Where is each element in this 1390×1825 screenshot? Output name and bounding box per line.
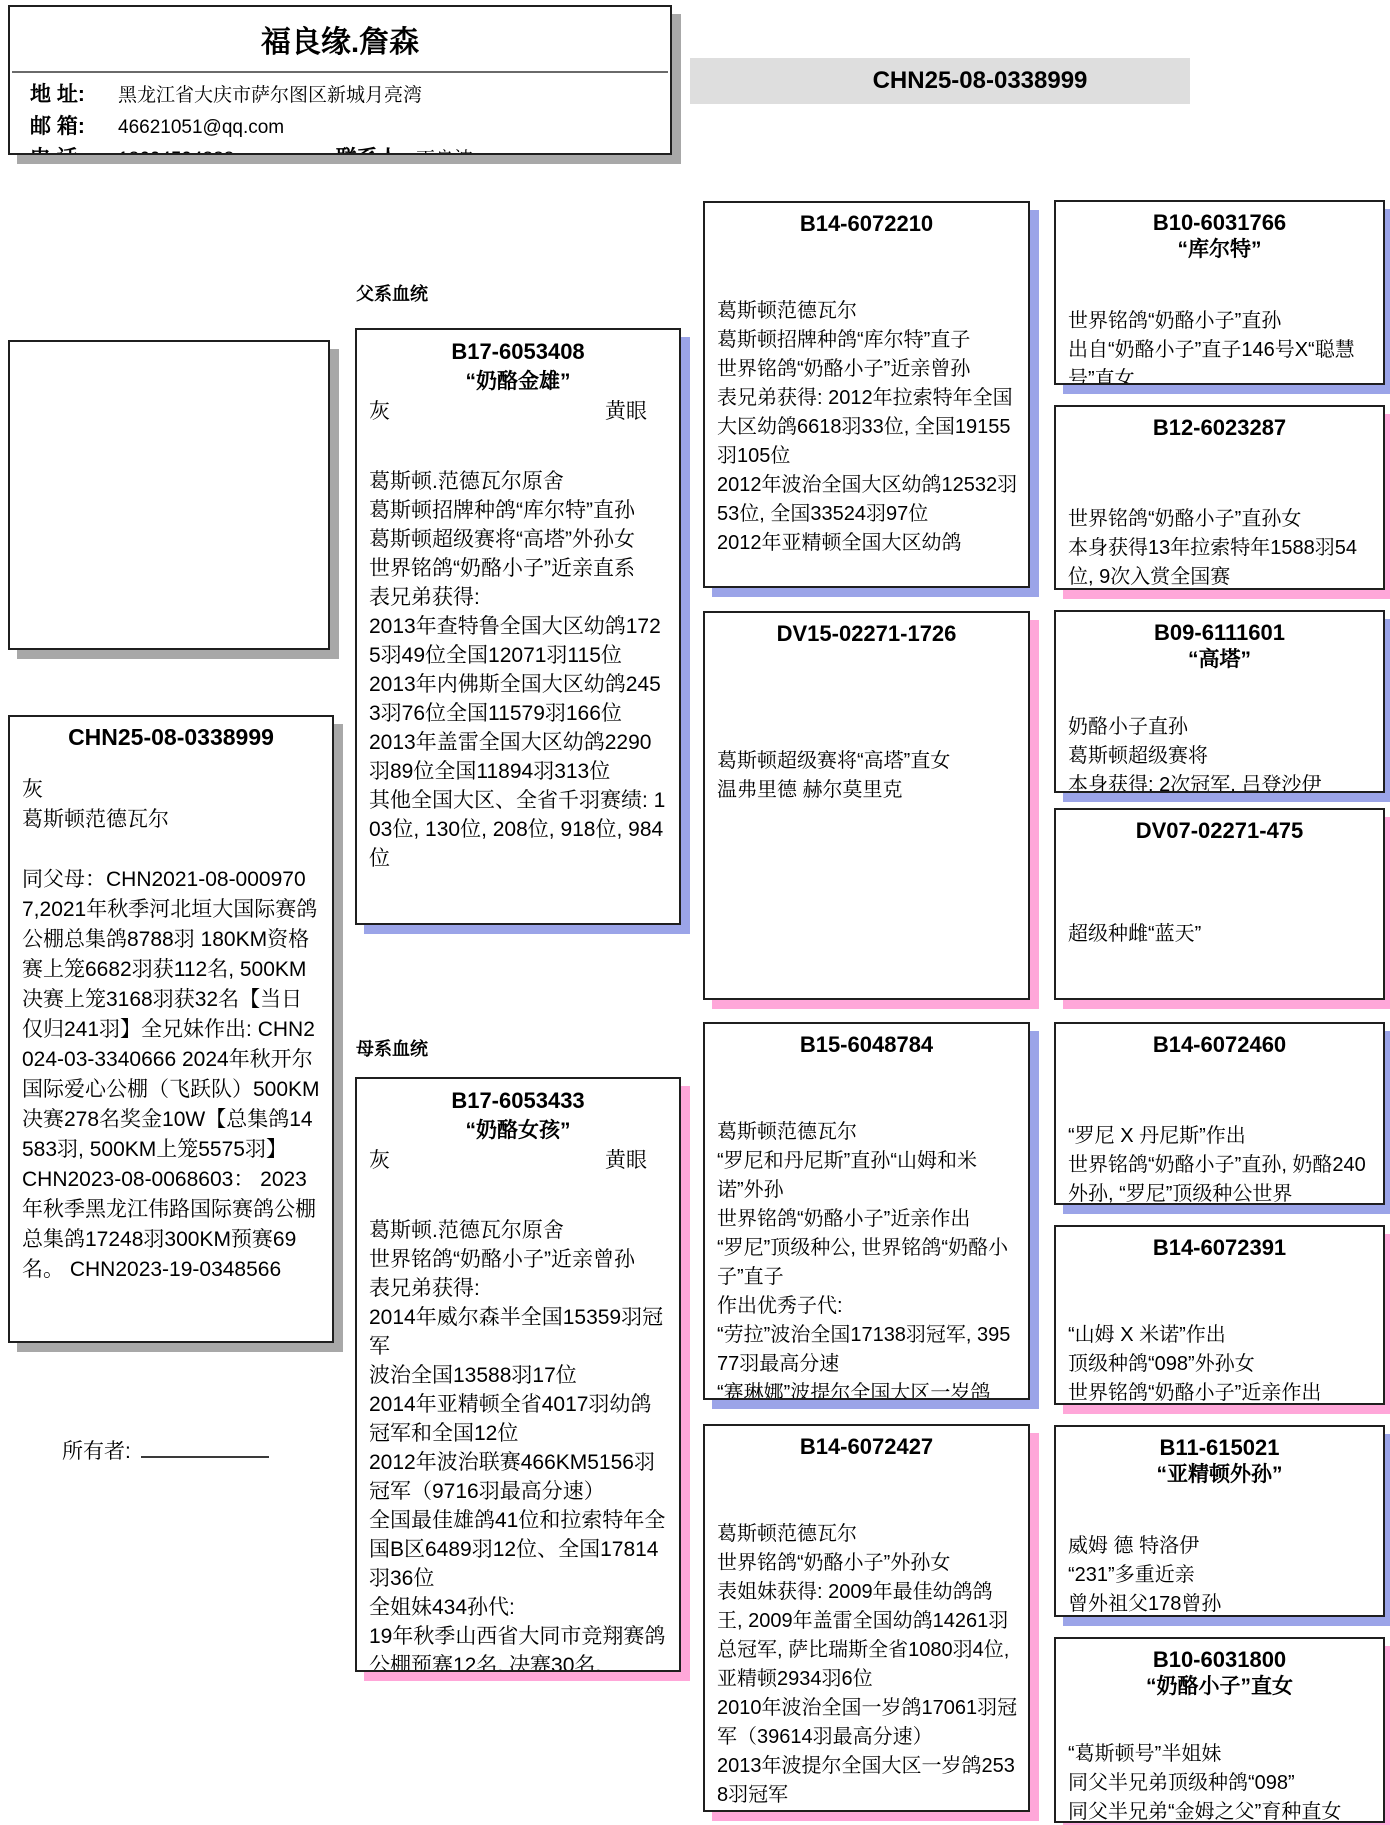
fm-dam-ring-number: DV07-02271-475 xyxy=(1056,810,1383,844)
paternal-line-label: 父系血统 xyxy=(356,280,428,306)
father-name: “奶酪金雄” xyxy=(357,367,679,397)
mother-color: 灰 xyxy=(369,1146,390,1176)
pigeon-photo-placeholder xyxy=(8,340,330,650)
email-label: 邮 箱: xyxy=(30,111,118,142)
mm-dam-name: “奶酪小子”直女 xyxy=(1056,1673,1383,1700)
mm-sire-ring-number: B11-615021 xyxy=(1056,1427,1383,1461)
fathers-dam-ring-number: DV15-02271-1726 xyxy=(705,613,1028,647)
pedigree-certificate-page: 福良缘.詹森 地 址: 黑龙江省大庆市萨尔图区新城月亮湾 邮 箱: 466210… xyxy=(0,0,1390,1825)
mf-dam-ring-number: B14-6072391 xyxy=(1056,1227,1383,1261)
owner-label: 所有者: xyxy=(62,1440,131,1463)
fathers-dam-details: 葛斯顿超级赛将“高塔”直女 温弗里德 赫尔莫里克 xyxy=(705,747,1028,805)
pedigree-box-mm-dam: B10-6031800 “奶酪小子”直女 “葛斯顿号”半姐妹 同父半兄弟顶级种鸽… xyxy=(1054,1637,1385,1823)
phone-label: 电 话: xyxy=(30,143,118,155)
pedigree-box-fm-dam: DV07-02271-475 超级种雌“蓝天” xyxy=(1054,808,1385,1000)
pedigree-box-father: B17-6053408 “奶酪金雄” 灰 黄眼 葛斯顿.范德瓦尔原舍 葛斯顿招牌… xyxy=(355,328,681,925)
pedigree-box-ff-sire: B10-6031766 “库尔特” 世界铭鸽“奶酪小子”直孙 出自“奶酪小子”直… xyxy=(1054,200,1385,385)
mothers-sire-details: 葛斯顿范德瓦尔 “罗尼和丹尼斯”直孙“山姆和米诺”外孙 世界铭鸽“奶酪小子”近亲… xyxy=(705,1118,1028,1400)
ring-number-bar: CHN25-08-0338999 xyxy=(690,58,1190,104)
mm-sire-name: “亚精顿外孙” xyxy=(1056,1461,1383,1488)
ff-sire-name: “库尔特” xyxy=(1056,236,1383,263)
ff-dam-details: 世界铭鸽“奶酪小子”直孙女 本身获得13年拉索特年1588羽54位, 9次入赏全… xyxy=(1056,505,1383,590)
loft-title: 福良缘.詹森 xyxy=(12,7,668,73)
mm-dam-ring-number: B10-6031800 xyxy=(1056,1639,1383,1673)
ff-sire-ring-number: B10-6031766 xyxy=(1056,202,1383,236)
address-label: 地 址: xyxy=(30,79,118,110)
contact-person-value: 丁良波 xyxy=(416,144,473,155)
mothers-dam-ring-number: B14-6072427 xyxy=(705,1426,1028,1460)
contact-person-label: 联系人: xyxy=(336,143,406,155)
subject-pigeon-box: CHN25-08-0338999 灰 葛斯顿范德瓦尔 同父母：CHN2021-0… xyxy=(8,715,334,1343)
pedigree-box-mf-sire: B14-6072460 “罗尼 X 丹尼斯”作出 世界铭鸽“奶酪小子”直孙, 奶… xyxy=(1054,1022,1385,1205)
fm-sire-ring-number: B09-6111601 xyxy=(1056,612,1383,646)
fathers-sire-details: 葛斯顿范德瓦尔 葛斯顿招牌种鸽“库尔特”直子 世界铭鸽“奶酪小子”近亲曾孙 表兄… xyxy=(705,297,1028,558)
mother-details: 葛斯顿.范德瓦尔原舍 世界铭鸽“奶酪小子”近亲曾孙 表兄弟获得: 2014年威尔… xyxy=(357,1216,679,1672)
mf-sire-ring-number: B14-6072460 xyxy=(1056,1024,1383,1058)
subject-ring-number: CHN25-08-0338999 xyxy=(10,717,332,751)
mother-eye: 黄眼 xyxy=(605,1146,647,1176)
ff-dam-ring-number: B12-6023287 xyxy=(1056,407,1383,441)
fm-dam-details: 超级种雌“蓝天” xyxy=(1056,920,1383,949)
phone-value: 18604594888 xyxy=(118,144,278,155)
mf-sire-details: “罗尼 X 丹尼斯”作出 世界铭鸽“奶酪小子”直孙, 奶酪240外孙, “罗尼”… xyxy=(1056,1122,1383,1205)
email-value: 46621051@qq.com xyxy=(118,112,284,143)
mm-sire-details: 威姆 德 特洛伊 “231”多重近亲 曾外祖父178曾孙 xyxy=(1056,1532,1383,1617)
mf-dam-details: “山姆 X 米诺”作出 顶级种鸽“098”外孙女 世界铭鸽“奶酪小子”近亲作出 xyxy=(1056,1321,1383,1405)
pedigree-box-mothers-sire: B15-6048784 葛斯顿范德瓦尔 “罗尼和丹尼斯”直孙“山姆和米诺”外孙 … xyxy=(703,1022,1030,1400)
fm-sire-details: 奶酪小子直孙 葛斯顿超级赛将 本身获得: 2次冠军, 吕登沙伊 xyxy=(1056,713,1383,793)
address-value: 黑龙江省大庆市萨尔图区新城月亮湾 xyxy=(118,80,422,111)
father-color: 灰 xyxy=(369,397,390,427)
subject-details: 灰 葛斯顿范德瓦尔 同父母：CHN2021-08-0009707,2021年秋季… xyxy=(10,775,332,1285)
address-row: 地 址: 黑龙江省大庆市萨尔图区新城月亮湾 xyxy=(30,79,650,111)
loft-header-card: 福良缘.詹森 地 址: 黑龙江省大庆市萨尔图区新城月亮湾 邮 箱: 466210… xyxy=(8,5,672,155)
mm-dam-details: “葛斯顿号”半姐妹 同父半兄弟顶级种鸽“098” 同父半兄弟“金姆之父”育种直女 xyxy=(1056,1740,1383,1823)
email-row: 邮 箱: 46621051@qq.com xyxy=(30,111,650,143)
phone-row: 电 话: 18604594888 联系人: 丁良波 xyxy=(30,143,650,155)
mothers-sire-ring-number: B15-6048784 xyxy=(705,1024,1028,1058)
owner-signature-blank xyxy=(141,1432,269,1458)
mother-color-row: 灰 黄眼 xyxy=(357,1146,679,1176)
mother-ring-number: B17-6053433 xyxy=(357,1079,679,1116)
father-ring-number: B17-6053408 xyxy=(357,330,679,367)
pedigree-box-mm-sire: B11-615021 “亚精顿外孙” 威姆 德 特洛伊 “231”多重近亲 曾外… xyxy=(1054,1425,1385,1617)
pedigree-box-mf-dam: B14-6072391 “山姆 X 米诺”作出 顶级种鸽“098”外孙女 世界铭… xyxy=(1054,1225,1385,1405)
pedigree-box-mother: B17-6053433 “奶酪女孩” 灰 黄眼 葛斯顿.范德瓦尔原舍 世界铭鸽“… xyxy=(355,1077,681,1672)
ff-sire-details: 世界铭鸽“奶酪小子”直孙 出自“奶酪小子”直子146号X“聪慧号”直女 xyxy=(1056,307,1383,385)
mother-name: “奶酪女孩” xyxy=(357,1116,679,1146)
father-details: 葛斯顿.范德瓦尔原舍 葛斯顿招牌种鸽“库尔特”直孙 葛斯顿超级赛将“高塔”外孙女… xyxy=(357,467,679,873)
fm-sire-name: “高塔” xyxy=(1056,646,1383,673)
mothers-dam-details: 葛斯顿范德瓦尔 世界铭鸽“奶酪小子”外孙女 表姐妹获得: 2009年最佳幼鸽鸽王… xyxy=(705,1520,1028,1810)
fathers-sire-ring-number: B14-6072210 xyxy=(705,203,1028,237)
maternal-line-label: 母系血统 xyxy=(356,1035,428,1061)
father-color-row: 灰 黄眼 xyxy=(357,397,679,427)
loft-contact-rows: 地 址: 黑龙江省大庆市萨尔图区新城月亮湾 邮 箱: 46621051@qq.c… xyxy=(10,73,670,155)
pedigree-box-fm-sire: B09-6111601 “高塔” 奶酪小子直孙 葛斯顿超级赛将 本身获得: 2次… xyxy=(1054,610,1385,793)
pedigree-box-fathers-dam: DV15-02271-1726 葛斯顿超级赛将“高塔”直女 温弗里德 赫尔莫里克 xyxy=(703,611,1030,1000)
father-eye: 黄眼 xyxy=(605,397,647,427)
pedigree-box-mothers-dam: B14-6072427 葛斯顿范德瓦尔 世界铭鸽“奶酪小子”外孙女 表姐妹获得:… xyxy=(703,1424,1030,1812)
pedigree-box-fathers-sire: B14-6072210 葛斯顿范德瓦尔 葛斯顿招牌种鸽“库尔特”直子 世界铭鸽“… xyxy=(703,201,1030,588)
pedigree-box-ff-dam: B12-6023287 世界铭鸽“奶酪小子”直孙女 本身获得13年拉索特年158… xyxy=(1054,405,1385,590)
owner-row: 所有者: xyxy=(62,1432,269,1465)
